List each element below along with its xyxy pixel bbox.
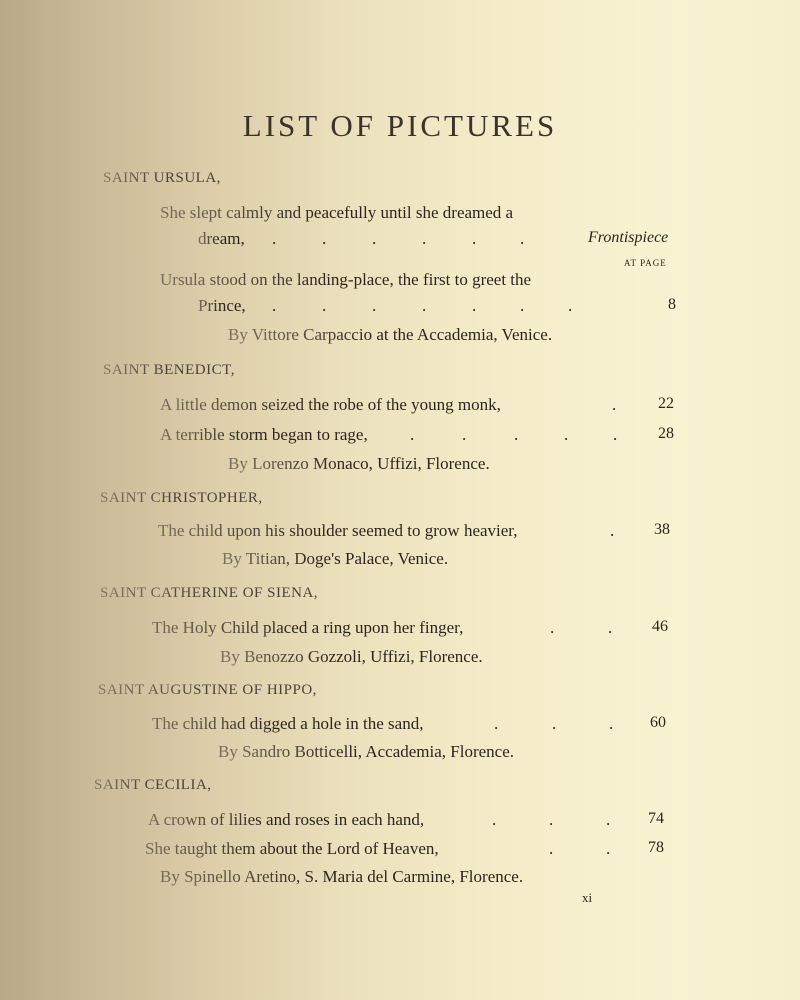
leader-dot: .: [564, 425, 568, 445]
leader-dot: .: [549, 839, 553, 859]
saint-heading-benedict: Saint Benedict,: [103, 362, 235, 379]
leader-dot: .: [422, 229, 426, 249]
caption-cecilia-2: She taught them about the Lord of Heaven…: [145, 839, 439, 859]
leader-dot: .: [608, 618, 612, 638]
credit-augustine: By Sandro Botticelli, Accademia, Florenc…: [218, 742, 514, 762]
caption-benedict-1: A little demon seized the robe of the yo…: [160, 395, 501, 415]
leader-dot: .: [472, 296, 476, 316]
leader-dot: .: [549, 810, 553, 830]
leader-dot: .: [606, 839, 610, 859]
leader-dot: .: [520, 296, 524, 316]
caption-ursula-2-cont: Prince,: [198, 296, 246, 316]
page-ref: 38: [630, 521, 670, 539]
credit-catherine: By Benozzo Gozzoli, Uffizi, Florence.: [220, 647, 483, 667]
saint-heading-catherine: Saint Catherine of Siena,: [100, 585, 318, 602]
page-ref: 60: [626, 714, 666, 732]
caption-ursula-1-cont: dream,: [198, 229, 245, 249]
leader-dot: .: [494, 714, 498, 734]
leader-dot: .: [372, 229, 376, 249]
page-ref: 22: [634, 395, 674, 413]
page-ref: 46: [628, 618, 668, 636]
saint-heading-augustine: Saint Augustine of Hippo,: [98, 682, 317, 699]
leader-dot: .: [272, 296, 276, 316]
caption-ursula-1: She slept calmly and peacefully until sh…: [160, 203, 513, 223]
leader-dot: .: [322, 229, 326, 249]
page-title: LIST OF PICTURES: [0, 108, 800, 144]
caption-christopher-1: The child upon his shoulder seemed to gr…: [158, 521, 518, 541]
credit-cecilia: By Spinello Aretino, S. Maria del Carmin…: [160, 867, 523, 887]
leader-dot: .: [550, 618, 554, 638]
leader-dot: .: [272, 229, 276, 249]
leader-dot: .: [606, 810, 610, 830]
page-number: xi: [582, 890, 592, 906]
page-ref: 78: [624, 839, 664, 857]
leader-dot: .: [472, 229, 476, 249]
at-page-label: AT PAGE: [624, 258, 667, 268]
leader-dot: .: [612, 395, 616, 415]
page-title-text: LIST OF PICTURES: [243, 108, 557, 143]
leader-dot: .: [462, 425, 466, 445]
page-ref: 8: [636, 296, 676, 314]
leader-dot: .: [609, 714, 613, 734]
credit-benedict: By Lorenzo Monaco, Uffizi, Florence.: [228, 454, 490, 474]
leader-dot: .: [410, 425, 414, 445]
leader-dot: .: [422, 296, 426, 316]
leader-dot: .: [520, 229, 524, 249]
leader-dot: .: [610, 521, 614, 541]
caption-ursula-2: Ursula stood on the landing-place, the f…: [160, 270, 531, 290]
saint-heading-christopher: Saint Christopher,: [100, 490, 263, 507]
page-ref: 74: [624, 810, 664, 828]
caption-augustine-1: The child had digged a hole in the sand,: [152, 714, 423, 734]
page-ref-frontispiece: Frontispiece: [588, 229, 668, 247]
saint-heading-cecilia: Saint Cecilia,: [94, 777, 212, 794]
page-ref: 28: [634, 425, 674, 443]
leader-dot: .: [492, 810, 496, 830]
credit-christopher: By Titian, Doge's Palace, Venice.: [222, 549, 448, 569]
caption-benedict-2: A terrible storm began to rage,: [160, 425, 368, 445]
leader-dot: .: [322, 296, 326, 316]
credit-ursula: By Vittore Carpaccio at the Accademia, V…: [228, 325, 552, 345]
leader-dot: .: [514, 425, 518, 445]
leader-dot: .: [372, 296, 376, 316]
caption-cecilia-1: A crown of lilies and roses in each hand…: [148, 810, 424, 830]
saint-heading-ursula: Saint Ursula,: [103, 170, 221, 187]
leader-dot: .: [552, 714, 556, 734]
caption-catherine-1: The Holy Child placed a ring upon her fi…: [152, 618, 463, 638]
leader-dot: .: [613, 425, 617, 445]
leader-dot: .: [568, 296, 572, 316]
